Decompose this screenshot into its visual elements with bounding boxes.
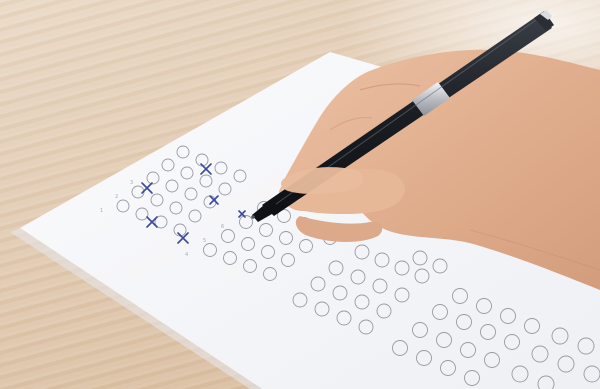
svg-text:4: 4 (185, 252, 188, 258)
photo-illustration: 123 456 (0, 0, 600, 389)
photo-scene: 123 456 (0, 0, 600, 389)
svg-text:3: 3 (130, 180, 133, 186)
svg-text:5: 5 (203, 238, 206, 244)
svg-text:6: 6 (221, 224, 224, 230)
svg-text:1: 1 (100, 208, 103, 214)
svg-text:2: 2 (115, 194, 118, 200)
